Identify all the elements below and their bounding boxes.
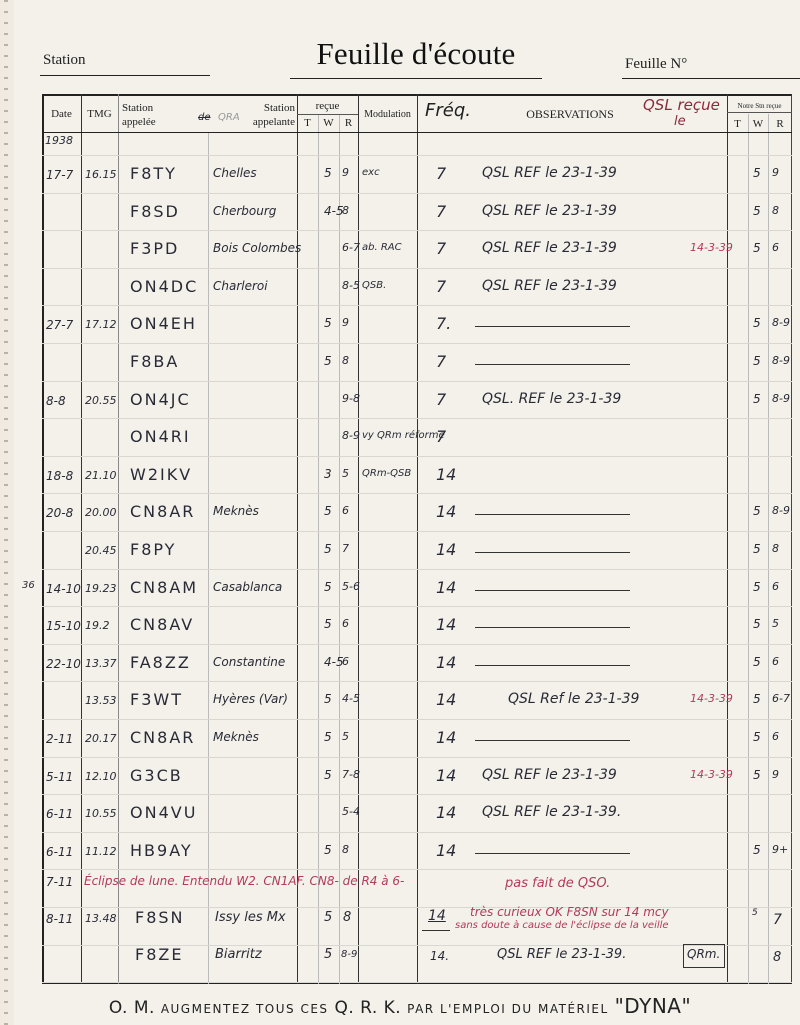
row-freq: 14: [436, 653, 456, 672]
ruling-line: [42, 305, 792, 306]
ruling-line: [42, 794, 792, 795]
title-underline: [290, 78, 542, 79]
col-header-freq: Fréq.: [425, 100, 471, 121]
row-our-r: 6: [772, 655, 779, 668]
row-observation: QSL REF le 23-1-39.: [482, 804, 621, 820]
row-w: 5: [324, 504, 332, 518]
row-w: 5: [324, 947, 332, 962]
ruling-line: [42, 418, 792, 419]
qra-note: QRA: [218, 112, 240, 123]
eclipse-note: Éclipse de lune. Entendu W2. CN1AF. CN8-…: [84, 874, 404, 888]
col-header-received: reçue: [297, 100, 358, 113]
row-time: 20.17: [85, 732, 117, 745]
row-callsign: F8PY: [130, 540, 176, 559]
col-header-t: T: [297, 117, 318, 130]
row-r: 8: [342, 843, 349, 856]
footer-advertisement: O. M. augmentez tous ces Q. R. K. par l'…: [0, 994, 800, 1018]
row-r: 7-8: [342, 768, 360, 781]
col-divider-w: [339, 114, 340, 984]
perforation-strip: [4, 0, 8, 1025]
row-observation: QSL REF le 23-1-39: [482, 240, 617, 256]
row-r: 9: [342, 316, 349, 329]
row-r: 8: [343, 910, 351, 925]
col-header-station-called-1: Station: [122, 102, 172, 115]
blank-observation-line: [475, 665, 630, 666]
row-date: 15-10: [46, 619, 81, 633]
col-header-r: R: [339, 117, 358, 130]
row-date: 14-10: [46, 582, 81, 596]
row-r: 9-8: [342, 392, 360, 405]
row-callsign: F8TY: [130, 164, 177, 183]
row-callsign: F8SN: [135, 908, 185, 927]
row-our-w: 5: [753, 166, 761, 180]
row-our-w: 5: [753, 843, 761, 857]
boxed-note: QRm.: [687, 947, 720, 961]
struck-text: de: [198, 112, 211, 123]
row-our-w: 5: [753, 580, 761, 594]
row-location: Chelles: [213, 166, 257, 180]
row-r: 6: [342, 504, 349, 517]
blank-observation-line: [475, 740, 630, 741]
row-our-w: 5: [753, 354, 761, 368]
ruling-line: [42, 869, 792, 870]
row-callsign: F8ZE: [135, 945, 183, 964]
row-observation: QSL REF le 23-1-39.: [497, 947, 626, 962]
row-date: 6-11: [46, 807, 73, 821]
row-w: 5: [324, 617, 332, 631]
col-header-our-w: W: [748, 118, 768, 131]
row-our-w: 5: [753, 692, 761, 706]
ruling-line: [42, 155, 792, 156]
row-callsign: W2IKV: [130, 465, 192, 484]
col-header-w: W: [318, 117, 339, 130]
row-time: 16.15: [85, 168, 117, 181]
row-our-r: 6: [772, 241, 779, 254]
row-date: 2-11: [46, 732, 73, 746]
row-w: 4-5: [324, 204, 344, 218]
row-freq: 7: [436, 390, 446, 409]
col-divider-station-right: [297, 94, 298, 984]
row-observation: QSL REF le 23-1-39: [482, 278, 617, 294]
row-observation-red: très curieux OK F8SN sur 14 mcy: [470, 905, 669, 919]
blank-observation-line: [475, 326, 630, 327]
ruling-line: [42, 644, 792, 645]
row-modulation: ab. RAC: [362, 242, 402, 253]
row-location: Bois Colombes: [213, 241, 301, 255]
row-r: 6: [342, 617, 349, 630]
ruling-line: [42, 606, 792, 607]
station-label: Station: [43, 52, 86, 69]
blank-observation-line: [475, 364, 630, 365]
row-our-r: 8: [772, 204, 779, 217]
row-our-w: 5: [753, 241, 761, 255]
row-our-w: 5: [753, 316, 761, 330]
row-callsign: ON4EH: [130, 314, 197, 333]
row-observation: QSL. REF le 23-1-39: [482, 391, 621, 407]
row-callsign: ON4RI: [130, 427, 191, 446]
row-callsign: F8BA: [130, 352, 179, 371]
row-callsign: F8SD: [130, 202, 180, 221]
row-callsign: ON4DC: [130, 277, 198, 296]
row-modulation: vy QRm réforme: [362, 430, 445, 441]
row-callsign: CN8AR: [130, 728, 195, 747]
sheet-number-label: Feuille N°: [625, 56, 687, 73]
row-r: 8-5: [342, 279, 360, 292]
col-header-station-calling-2: appelante: [240, 116, 295, 129]
ruling-line: [42, 268, 792, 269]
ruling-line: [42, 719, 792, 720]
col-divider-our-w: [768, 114, 769, 984]
row-w: 5: [324, 730, 332, 744]
ruling-line: [42, 982, 792, 983]
margin-note: 36: [22, 580, 35, 591]
row-location: Meknès: [213, 504, 259, 518]
row-w: 5: [324, 910, 332, 925]
row-location: Casablanca: [213, 580, 282, 594]
row-callsign: CN8AV: [130, 615, 194, 634]
row-our-r: 9: [772, 768, 779, 781]
row-time: 17.12: [85, 318, 117, 331]
row-w: 5: [324, 166, 332, 180]
row-r: 8-9: [342, 429, 360, 442]
row-our-r: 8-9: [772, 354, 790, 367]
row-r: 6-7: [342, 241, 360, 254]
row-observation: QSL REF le 23-1-39: [482, 767, 617, 783]
row-freq: 14: [436, 465, 456, 484]
row-w: 5: [324, 354, 332, 368]
row-r: 5-4: [342, 805, 360, 818]
row-observation: QSL REF le 23-1-39: [482, 203, 617, 219]
row-observation-red: 14-3-39: [690, 692, 733, 705]
row-date: 20-8: [46, 506, 73, 520]
row-w: 5: [324, 580, 332, 594]
row-freq: 7: [436, 277, 446, 296]
row-w: 3: [324, 467, 332, 481]
row-freq: 7: [436, 164, 446, 183]
col-divider-t: [318, 114, 319, 984]
row-r: 5-6: [342, 580, 360, 593]
row-freq: 14.: [430, 949, 449, 963]
footer-brand: "DYNA": [615, 994, 692, 1018]
row-our-w: 5: [753, 617, 761, 631]
row-r: 4-5: [342, 692, 360, 705]
row-observation: QSL Ref le 23-1-39: [508, 691, 639, 707]
ruling-line: [42, 230, 792, 231]
row-our-w: 5: [753, 204, 761, 218]
qsl-received-note: QSL reçue: [643, 96, 720, 114]
row-our-r: 5: [772, 617, 779, 630]
row-r: 5: [342, 730, 349, 743]
row-date: 22-10: [46, 657, 81, 671]
station-field-line: [40, 75, 210, 76]
row-w: 5: [324, 768, 332, 782]
row-our-r: 8-9: [772, 392, 790, 405]
row-callsign: HB9AY: [130, 841, 193, 860]
row-date: 17-7: [46, 168, 73, 182]
row-date: 5-11: [46, 770, 73, 784]
row-time: 11.12: [85, 845, 117, 858]
col-header-our-t: T: [727, 118, 748, 131]
col-header-our-station: Notre Stn reçue: [727, 100, 792, 113]
row-r: 8: [342, 354, 349, 367]
row-callsign: CN8AR: [130, 502, 195, 521]
row-our-w: 5: [752, 908, 758, 918]
row-time: 19.2: [85, 619, 110, 632]
row-date: 27-7: [46, 318, 73, 332]
row-observation: QSL REF le 23-1-39: [482, 165, 617, 181]
sheet-number-line: [622, 78, 800, 79]
row-our-w: 5: [753, 768, 761, 782]
col-divider-station: [208, 133, 209, 984]
row-r: 7: [342, 542, 349, 555]
blank-observation-line: [475, 627, 630, 628]
row-our-w: 5: [753, 542, 761, 556]
row-freq: 14: [428, 908, 446, 924]
row-freq: 14: [436, 502, 456, 521]
row-location: Constantine: [213, 655, 285, 669]
qsl-received-date-note: le: [674, 114, 686, 129]
row-location: Meknès: [213, 730, 259, 744]
row-time: 12.10: [85, 770, 117, 783]
row-time: 10.55: [85, 807, 117, 820]
row-observation-red-2: sans doute à cause de l'éclipse de la ve…: [455, 920, 669, 931]
eclipse-date: 7-11: [46, 875, 73, 889]
row-our-r: 9: [772, 166, 779, 179]
row-w: 5: [324, 316, 332, 330]
row-modulation: QSB.: [362, 280, 386, 291]
row-callsign: ON4JC: [130, 390, 191, 409]
row-location: Cherbourg: [213, 204, 276, 218]
ruling-line: [42, 681, 792, 682]
row-our-w: 5: [753, 392, 761, 406]
row-freq: 7: [436, 352, 446, 371]
row-time: 13.37: [85, 657, 117, 670]
row-our-r: 9+: [772, 843, 788, 856]
row-freq: 7: [436, 239, 446, 258]
row-date: 18-8: [46, 469, 73, 483]
ruling-line: [42, 456, 792, 457]
col-divider-tmg: [118, 94, 119, 984]
row-our-r: 8-9: [772, 504, 790, 517]
row-location: Biarritz: [215, 947, 262, 962]
row-freq: 7.: [436, 314, 451, 333]
row-callsign: ON4VU: [130, 803, 197, 822]
row-date: 6-11: [46, 845, 73, 859]
header-underline: [42, 132, 792, 133]
ruling-line: [42, 343, 792, 344]
row-date: 8-8: [46, 394, 66, 408]
row-location: Charleroi: [213, 279, 268, 293]
row-w: 5: [324, 843, 332, 857]
row-callsign: F3PD: [130, 239, 179, 258]
recue-divider: [297, 114, 358, 115]
ruling-line: [42, 832, 792, 833]
col-header-station-called-2: appelée: [122, 116, 172, 129]
row-our-r: 6-7: [772, 692, 790, 705]
row-time: 19.23: [85, 582, 117, 595]
row-r: 8-9: [341, 949, 357, 960]
blank-observation-line: [475, 590, 630, 591]
row-w: 4-5: [324, 655, 344, 669]
row-observation-red: 14-3-39: [690, 241, 733, 254]
row-time: 20.00: [85, 506, 117, 519]
col-header-station-calling-1: Station: [240, 102, 295, 115]
row-r: 8: [342, 204, 349, 217]
row-w: 5: [324, 692, 332, 706]
row-time: 20.55: [85, 394, 117, 407]
row-our-r: 6: [772, 730, 779, 743]
row-freq: 14: [436, 578, 456, 597]
row-w: 5: [324, 542, 332, 556]
ruling-line: [42, 757, 792, 758]
row-our-r: 8: [773, 950, 781, 965]
col-header-our-r: R: [768, 118, 792, 131]
blank-observation-line: [475, 853, 630, 854]
ruling-line: [42, 531, 792, 532]
col-header-modulation: Modulation: [358, 108, 417, 121]
col-divider-our-t: [748, 114, 749, 984]
col-header-tmg: TMG: [81, 108, 118, 121]
row-our-r: 6: [772, 580, 779, 593]
row-time: 13.53: [85, 694, 117, 707]
row-our-w: 5: [753, 730, 761, 744]
ruling-line: [42, 193, 792, 194]
footer-text-2: par l'emploi du matériel: [407, 1002, 609, 1016]
row-freq: 14: [436, 803, 456, 822]
row-our-w: 5: [753, 655, 761, 669]
row-our-w: 5: [753, 504, 761, 518]
row-freq: 14: [436, 615, 456, 634]
row-freq: 7: [436, 202, 446, 221]
double-underline: [422, 930, 450, 931]
row-location: Hyères (Var): [213, 692, 288, 706]
footer-text-1: augmentez tous ces: [161, 1002, 329, 1016]
row-our-r: 8: [772, 542, 779, 555]
footer-qrk: Q. R. K.: [334, 998, 401, 1018]
row-callsign: F3WT: [130, 690, 183, 709]
row-time: 20.45: [85, 544, 117, 557]
row-freq: 14: [436, 841, 456, 860]
col-header-date: Date: [42, 108, 81, 121]
ruling-line: [42, 493, 792, 494]
row-location: Issy les Mx: [215, 910, 286, 925]
row-our-r: 7: [773, 912, 782, 928]
row-freq: 14: [436, 766, 456, 785]
row-modulation: QRm-QSB: [362, 468, 411, 479]
row-date: 8-11: [46, 912, 73, 926]
page-title: Feuille d'écoute: [290, 36, 542, 72]
row-freq: 7: [436, 427, 446, 446]
col-divider-r: [358, 94, 359, 984]
row-our-r: 8-9: [772, 316, 790, 329]
blank-observation-line: [475, 514, 630, 515]
row-r: 9: [342, 166, 349, 179]
ruling-line: [42, 381, 792, 382]
footer-om: O. M.: [109, 998, 155, 1018]
row-freq: 14: [436, 728, 456, 747]
col-divider-observations: [727, 94, 728, 984]
row-freq: 14: [436, 690, 456, 709]
row-time: 13.48: [85, 912, 117, 925]
row-callsign: CN8AM: [130, 578, 198, 597]
row-freq: 14: [436, 540, 456, 559]
row-observation-red: 14-3-39: [690, 768, 733, 781]
row-r: 5: [342, 467, 349, 480]
col-divider-date: [81, 94, 82, 984]
blank-observation-line: [475, 552, 630, 553]
col-divider-modulation: [417, 94, 418, 984]
row-time: 21.10: [85, 469, 117, 482]
row-modulation: exc: [362, 167, 380, 178]
eclipse-observation: pas fait de QSO.: [505, 876, 610, 891]
row-callsign: FA8ZZ: [130, 653, 191, 672]
year: 1938: [45, 134, 73, 147]
row-callsign: G3CB: [130, 766, 183, 785]
row-r: 6: [342, 655, 349, 668]
ruling-line: [42, 569, 792, 570]
col-header-observations: OBSERVATIONS: [520, 108, 620, 121]
